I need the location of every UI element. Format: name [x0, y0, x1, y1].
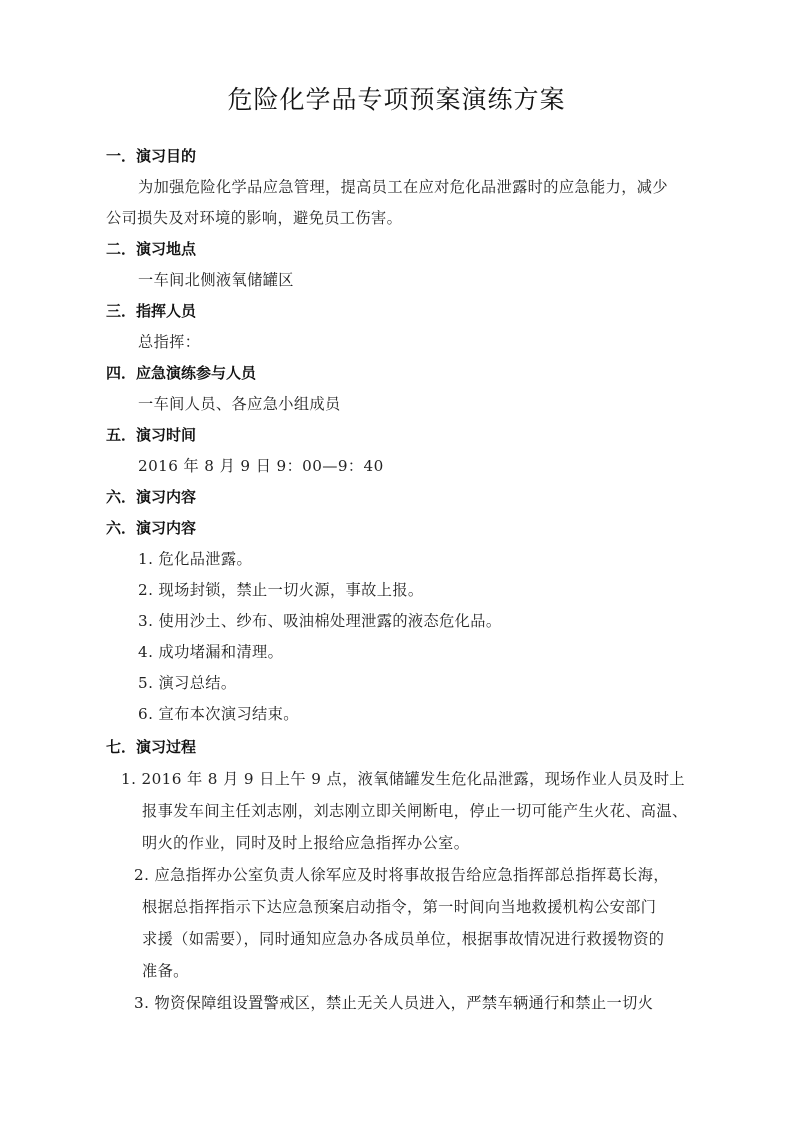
list-item: 3. 物资保障组设置警戒区，禁止无关人员进入，严禁车辆通行和禁止一切火: [134, 993, 653, 1013]
section-heading-content: 六．演习内容: [106, 487, 196, 507]
list-item: 6. 宣布本次演习结束。: [138, 704, 299, 724]
section-heading-process: 七．演习过程: [106, 737, 196, 757]
list-item-continuation: 求援（如需要），同时通知应急办各成员单位，根据事故情况进行救援物资的: [142, 929, 664, 949]
list-item: 5. 演习总结。: [138, 673, 236, 693]
list-item: 1. 危化品泄露。: [138, 549, 252, 569]
document-page: 危险化学品专项预案演练方案 一．演习目的 为加强危险化学品应急管理，提高员工在应…: [0, 0, 793, 1122]
list-item-continuation: 准备。: [142, 961, 189, 981]
section-heading-commander: 三．指挥人员: [106, 301, 196, 321]
section-heading-time: 五．演习时间: [106, 425, 196, 445]
list-item-continuation: 报事发车间主任刘志刚，刘志刚立即关闸断电，停止一切可能产生火花、高温、: [142, 801, 688, 821]
list-item-continuation: 明火的作业，同时及时上报给应急指挥办公室。: [142, 833, 469, 853]
list-item: 4. 成功堵漏和清理。: [138, 642, 283, 662]
section-heading-content: 六．演习内容: [106, 518, 196, 538]
list-item: 3. 使用沙土、纱布、吸油棉处理泄露的液态危化品。: [138, 611, 501, 631]
list-item: 2. 应急指挥办公室负责人徐军应及时将事故报告给应急指挥部总指挥葛长海，: [134, 865, 669, 885]
list-item-continuation: 根据总指挥指示下达应急预案启动指令，第一时间向当地救援机构公安部门: [142, 897, 656, 917]
section-heading-purpose: 一．演习目的: [106, 146, 196, 166]
paragraph-line: 为加强危险化学品应急管理，提高员工在应对危化品泄露时的应急能力，减少: [138, 177, 668, 197]
section-heading-participants: 四．应急演练参与人员: [106, 363, 256, 383]
list-item: 1. 2016 年 8 月 9 日上午 9 点，液氧储罐发生危化品泄露，现场作业…: [121, 769, 685, 789]
paragraph-line: 2016 年 8 月 9 日 9：00—9：40: [138, 456, 384, 476]
paragraph-line: 一车间北侧液氧储罐区: [138, 270, 294, 290]
section-heading-location: 二．演习地点: [106, 239, 196, 259]
document-title: 危险化学品专项预案演练方案: [0, 80, 793, 116]
paragraph-line: 总指挥：: [138, 332, 200, 352]
paragraph-line: 公司损失及对环境的影响，避免员工伤害。: [106, 208, 402, 228]
paragraph-line: 一车间人员、各应急小组成员: [138, 394, 341, 414]
list-item: 2. 现场封锁，禁止一切火源，事故上报。: [138, 580, 424, 600]
